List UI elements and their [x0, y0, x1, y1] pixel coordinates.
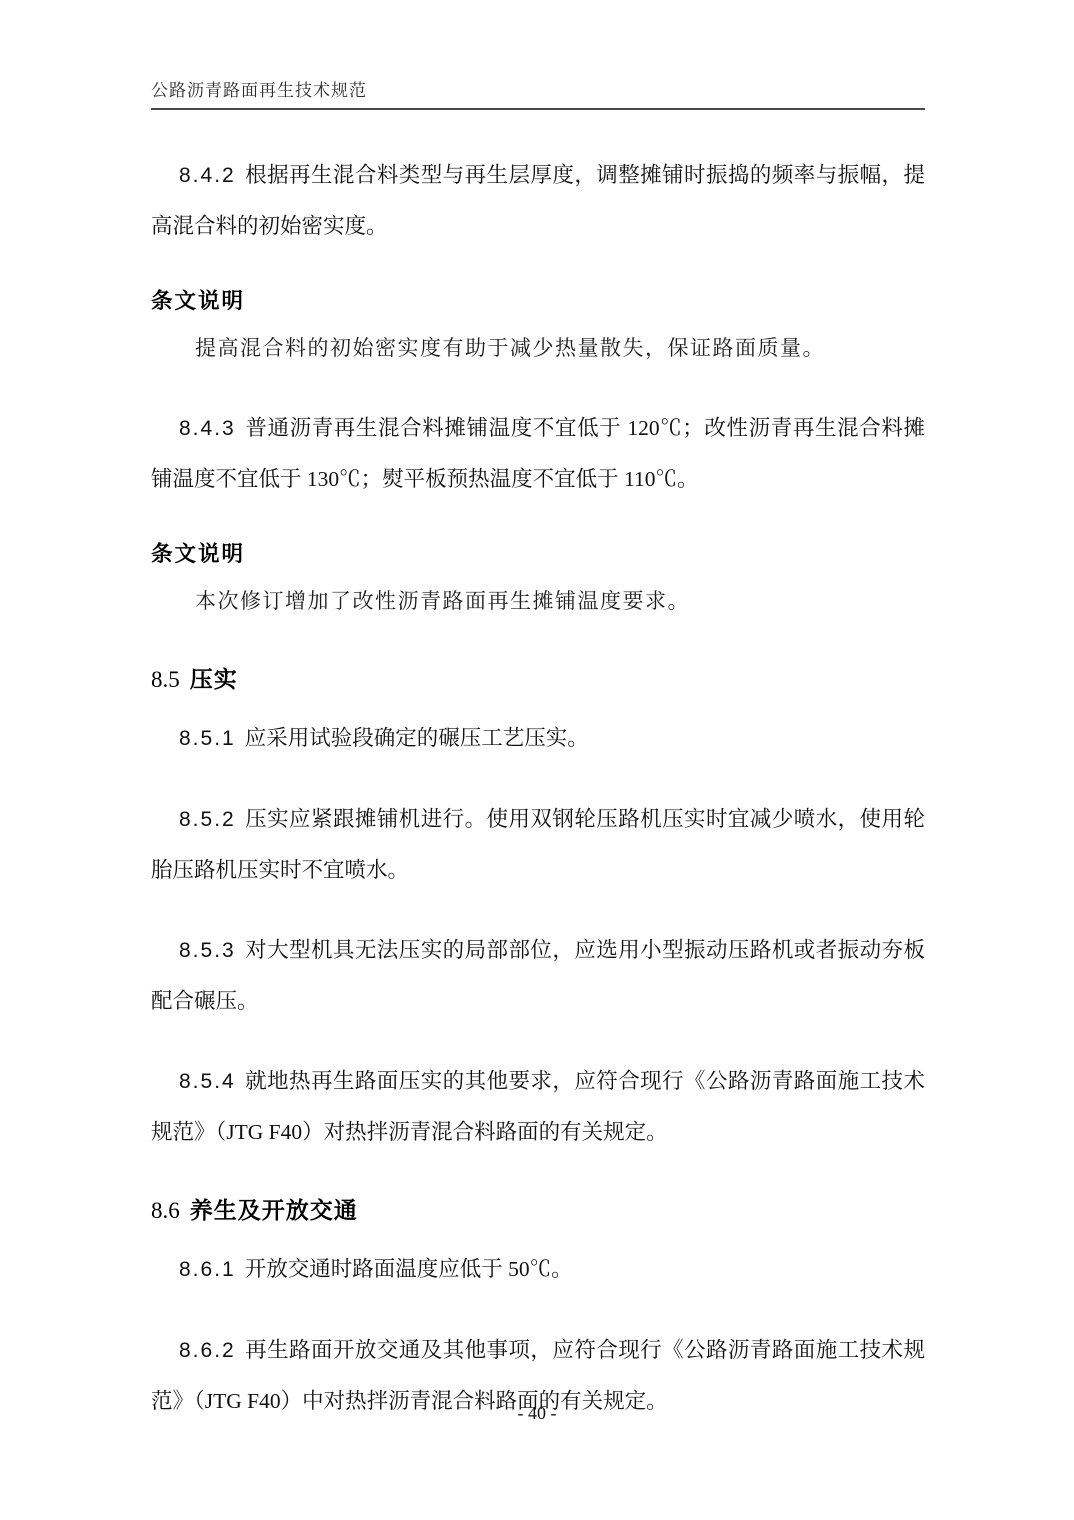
clause-number: 8.4.3 [179, 417, 236, 440]
clause-8-4-3: 8.4.3普通沥青再生混合料摊铺温度不宜低于 120℃；改性沥青再生混合料摊铺温… [151, 403, 925, 504]
commentary-heading: 条文说明 [151, 287, 925, 315]
clause-text: 再生路面开放交通及其他事项，应符合现行《公路沥青路面施工技术规范》（JTG F4… [151, 1338, 925, 1413]
section-heading-8-5: 8.5压实 [151, 662, 925, 697]
clause-text: 应采用试验段确定的碾压工艺压实。 [245, 726, 589, 750]
clause-text: 开放交通时路面温度应低于 50℃。 [245, 1257, 573, 1281]
clause-8-5-2: 8.5.2压实应紧跟摊铺机进行。使用双钢轮压路机压实时宜减少喷水，使用轮胎压路机… [151, 794, 925, 895]
section-number: 8.6 [151, 1198, 180, 1223]
clause-8-5-4: 8.5.4就地热再生路面压实的其他要求，应符合现行《公路沥青路面施工技术规范》（… [151, 1056, 925, 1157]
clause-number: 8.5.4 [179, 1070, 236, 1093]
clause-number: 8.5.3 [179, 939, 236, 962]
section-heading-8-6: 8.6养生及开放交通 [151, 1193, 925, 1228]
clause-number: 8.5.2 [179, 808, 236, 831]
page-number: - 40 - [0, 1403, 1074, 1424]
commentary-text: 提高混合料的初始密实度有助于减少热量散失，保证路面质量。 [151, 323, 925, 373]
clause-number: 8.5.1 [179, 727, 236, 750]
section-number: 8.5 [151, 667, 180, 692]
clause-8-5-1: 8.5.1应采用试验段确定的碾压工艺压实。 [151, 713, 925, 764]
clause-8-6-1: 8.6.1开放交通时路面温度应低于 50℃。 [151, 1244, 925, 1295]
section-title: 养生及开放交通 [190, 1197, 358, 1223]
clause-text: 对大型机具无法压实的局部部位，应选用小型振动压路机或者振动夯板配合碾压。 [151, 938, 925, 1013]
section-title: 压实 [190, 666, 238, 692]
commentary-text: 本次修订增加了改性沥青路面再生摊铺温度要求。 [151, 576, 925, 626]
clause-number: 8.6.2 [179, 1339, 236, 1362]
commentary-heading: 条文说明 [151, 540, 925, 568]
clause-text: 就地热再生路面压实的其他要求，应符合现行《公路沥青路面施工技术规范》（JTG F… [151, 1069, 925, 1144]
clause-number: 8.4.2 [179, 164, 236, 187]
clause-8-5-3: 8.5.3对大型机具无法压实的局部部位，应选用小型振动压路机或者振动夯板配合碾压… [151, 925, 925, 1026]
clause-8-4-2: 8.4.2根据再生混合料类型与再生层厚度，调整摊铺时振捣的频率与振幅，提高混合料… [151, 150, 925, 251]
clause-text: 普通沥青再生混合料摊铺温度不宜低于 120℃；改性沥青再生混合料摊铺温度不宜低于… [151, 416, 925, 491]
clause-text: 根据再生混合料类型与再生层厚度，调整摊铺时振捣的频率与振幅，提高混合料的初始密实… [151, 163, 925, 238]
document-body: 8.4.2根据再生混合料类型与再生层厚度，调整摊铺时振捣的频率与振幅，提高混合料… [151, 104, 925, 1426]
clause-number: 8.6.1 [179, 1258, 236, 1281]
clause-text: 压实应紧跟摊铺机进行。使用双钢轮压路机压实时宜减少喷水，使用轮胎压路机压实时不宜… [151, 807, 925, 882]
document-page: 公路沥青路面再生技术规范 8.4.2根据再生混合料类型与再生层厚度，调整摊铺时振… [0, 0, 1074, 1520]
